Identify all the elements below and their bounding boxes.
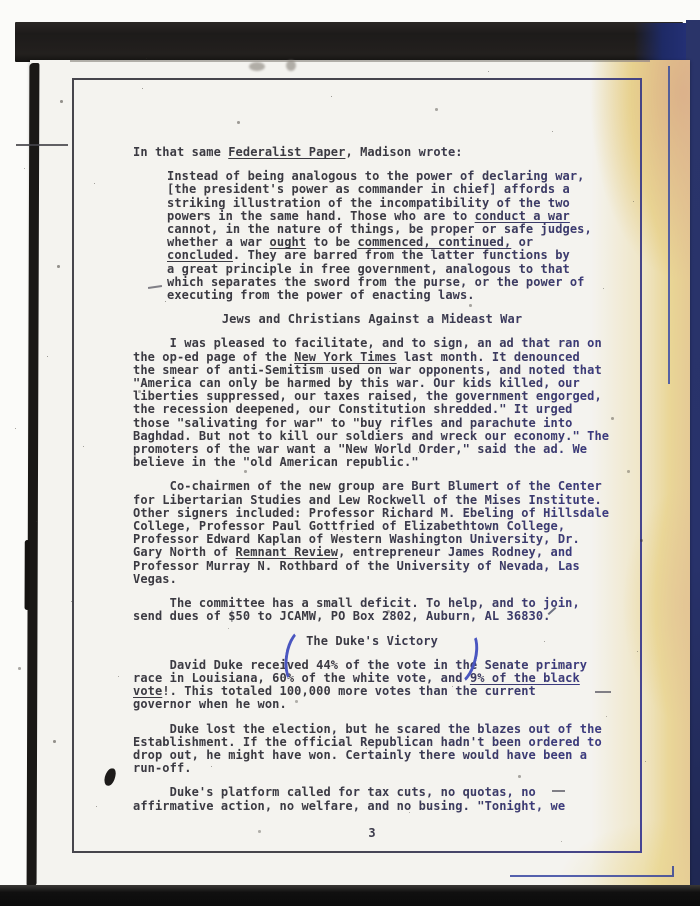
smudge [286,60,296,71]
pen-dash [552,790,565,792]
typed-line: In that same Federalist Paper, Madison w… [133,146,611,159]
page-number-text: 3 [368,826,375,840]
heading-dukes-victory: The Duke's Victory [133,635,611,648]
typed-line: governor when he won. [133,698,611,711]
para-dues: The committee has a small deficit. To he… [133,597,611,623]
para-cochairmen: Co-chairmen of the new group are Burt Bl… [133,480,611,586]
copier-black-bar-top [15,22,683,62]
heading-jews-christians: Jews and Christians Against a Mideast Wa… [133,313,611,326]
para-madison-intro: In that same Federalist Paper, Madison w… [133,146,611,159]
page-number: 3 [133,827,611,840]
pen-dash [595,691,611,693]
heading-dukes-victory-text: The Duke's Victory [306,634,438,648]
typed-text: In that same Federalist Paper, Madison w… [133,146,611,851]
scan-artifact-vline [668,66,670,384]
typed-line: affirmative action, no welfare, and no b… [133,800,611,813]
scan-artifact-hline [510,875,674,877]
para-nyt-ad: I was pleased to facilitate, and to sign… [133,337,611,469]
document-page: In that same Federalist Paper, Madison w… [30,60,690,886]
typed-line: Vegas. [133,573,611,586]
registration-mark [16,144,68,146]
typed-line: believe in the "old American republic." [133,456,611,469]
typed-line: drop out, he might have won. Certainly t… [133,749,611,762]
copier-black-bar-bottom [0,885,700,906]
typed-line: executing from the power of enacting law… [167,289,611,302]
para-duke-platform: Duke's platform called for tax cuts, no … [133,786,611,812]
photocopy-speckles [0,0,1,1]
quote-madison: Instead of being analogous to the power … [167,170,611,302]
heading-jews-christians-text: Jews and Christians Against a Mideast Wa… [222,312,522,326]
typed-line: run-off. [133,762,611,775]
paper-top-edge [70,60,650,62]
smudge [249,62,265,71]
typed-line: send dues of $50 to JCAMW, PO Box 2802, … [133,610,611,623]
para-duke-loss: Duke lost the election, but he scared th… [133,723,611,776]
para-duke-primary: David Duke received 44% of the vote in t… [133,659,611,712]
scanned-document: In that same Federalist Paper, Madison w… [0,0,700,906]
typed-line: Professor Murray N. Rothbard of the Univ… [133,560,611,573]
